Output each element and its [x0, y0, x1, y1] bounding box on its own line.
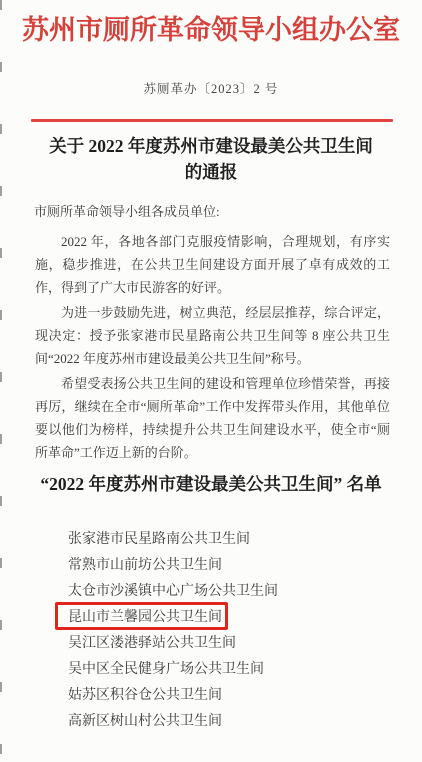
body-paragraph-2: 为进一步鼓励先进，树立典范，经层层推荐，综合评定，现决定：授予张家港市民星路南公… [35, 301, 390, 370]
list-item: 常熟市山前坊公共卫生间 [68, 551, 422, 577]
body-paragraph-1: 2022 年，各地各部门克服疫情影响，合理规划，有序实施，稳步推进，在公共卫生间… [35, 230, 390, 299]
document-number: 苏厕革办〔2023〕2 号 [0, 81, 422, 97]
toilet-name: 太仓市沙溪镇中心广场公共卫生间 [68, 580, 278, 600]
toilet-name: 常熟市山前坊公共卫生间 [68, 554, 222, 574]
toilet-name: 张家港市民星路南公共卫生间 [68, 528, 250, 548]
list-item: 张家港市民星路南公共卫生间 [68, 525, 422, 551]
notice-title: 关于 2022 年度苏州市建设最美公共卫生间 的通报 [0, 133, 422, 185]
toilet-list: 张家港市民星路南公共卫生间常熟市山前坊公共卫生间太仓市沙溪镇中心广场公共卫生间昆… [0, 525, 422, 733]
red-divider-line [31, 119, 393, 122]
list-item: 吴江区溇港驿站公共卫生间 [68, 629, 422, 655]
toilet-name-in-red-highlight-box: 昆山市兰馨园公共卫生间 [55, 602, 228, 630]
list-item: 吴中区全民健身广场公共卫生间 [68, 655, 422, 681]
body-paragraph-3: 希望受表扬公共卫生间的建设和管理单位珍惜荣誉，再接再厉，继续在全市“厕所革命”工… [35, 372, 390, 464]
notice-title-line2: 的通报 [0, 159, 422, 185]
list-item: 高新区树山村公共卫生间 [68, 707, 422, 733]
issuing-org-title: 苏州市厕所革命领导小组办公室 [0, 0, 422, 48]
salutation: 市厕所革命领导小组各成员单位: [34, 203, 392, 221]
list-item-highlighted: 昆山市兰馨园公共卫生间 [68, 603, 422, 629]
list-item: 姑苏区积谷仓公共卫生间 [68, 681, 422, 707]
toilet-name: 姑苏区积谷仓公共卫生间 [68, 684, 222, 704]
toilet-name: 吴中区全民健身广场公共卫生间 [68, 658, 264, 678]
document-page: 苏州市厕所革命领导小组办公室 苏厕革办〔2023〕2 号 关于 2022 年度苏… [0, 0, 422, 762]
list-section-heading: “2022 年度苏州市建设最美公共卫生间” 名单 [0, 472, 422, 496]
notice-title-line1: 关于 2022 年度苏州市建设最美公共卫生间 [0, 133, 422, 159]
toilet-name: 高新区树山村公共卫生间 [68, 710, 222, 730]
list-item: 太仓市沙溪镇中心广场公共卫生间 [68, 577, 422, 603]
toilet-name: 吴江区溇港驿站公共卫生间 [68, 632, 236, 652]
